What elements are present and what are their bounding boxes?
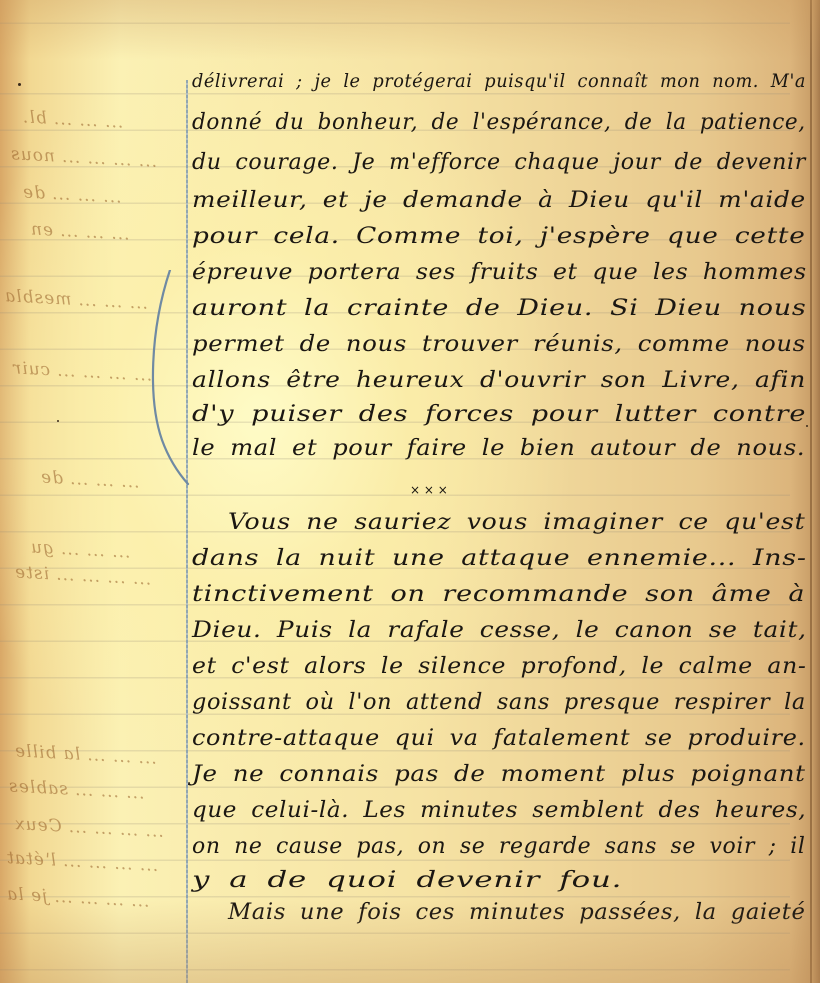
handwritten-line: meilleur, et je demande à Dieu qu'il m'a… bbox=[192, 188, 806, 213]
margin-line bbox=[186, 80, 188, 983]
margin-bracket-mark bbox=[140, 270, 200, 490]
handwritten-line: contre-attaque qui va fatalement se prod… bbox=[192, 726, 806, 751]
ink-speck bbox=[18, 83, 21, 86]
handwritten-line: pour cela. Comme toi, j'espère que cette bbox=[192, 224, 805, 249]
handwritten-line: on ne cause pas, on se regarde sans se v… bbox=[192, 834, 805, 859]
handwritten-line: auront la crainte de Dieu. Si Dieu nous bbox=[192, 296, 806, 321]
handwritten-line: allons être heureux d'ouvrir son Livre, … bbox=[192, 368, 806, 393]
handwritten-line: dans la nuit une attaque ennemie... Ins- bbox=[192, 546, 807, 571]
handwritten-line: Mais une fois ces minutes passées, la ga… bbox=[228, 900, 806, 925]
ink-speck bbox=[57, 420, 59, 422]
ink-speck bbox=[806, 425, 808, 427]
handwritten-line: le mal et pour faire le bien autour de n… bbox=[192, 436, 805, 461]
handwritten-line: Je ne connais pas de moment plus poignan… bbox=[192, 762, 806, 787]
handwritten-line: permet de nous trouver réunis, comme nou… bbox=[192, 332, 806, 357]
handwritten-line: délivrerai ; je le protégerai puisqu'il … bbox=[192, 70, 806, 92]
handwritten-line: et c'est alors le silence profond, le ca… bbox=[192, 654, 806, 679]
handwritten-line: tinctivement on recommande son âme à bbox=[192, 582, 805, 607]
handwritten-line: Vous ne sauriez vous imaginer ce qu'est bbox=[228, 510, 805, 535]
handwritten-line: du courage. Je m'efforce chaque jour de … bbox=[192, 150, 806, 175]
handwritten-line: goissant où l'on attend sans presque res… bbox=[192, 690, 806, 715]
manuscript-page: ... ... ... bl. ... ... ... ... nous ...… bbox=[0, 0, 820, 983]
handwritten-line: Dieu. Puis la rafale cesse, le canon se … bbox=[192, 618, 807, 643]
insertion-mark: × × × bbox=[410, 486, 448, 495]
handwritten-line: y a de quoi devenir fou. bbox=[192, 868, 622, 893]
page-edge bbox=[810, 0, 812, 983]
handwritten-line: que celui-là. Les minutes semblent des h… bbox=[192, 798, 806, 823]
handwritten-line: épreuve portera ses fruits et que les ho… bbox=[192, 260, 807, 285]
handwritten-line: d'y puiser des forces pour lutter contre bbox=[192, 402, 806, 427]
handwritten-line: donné du bonheur, de l'espérance, de la … bbox=[192, 110, 806, 135]
